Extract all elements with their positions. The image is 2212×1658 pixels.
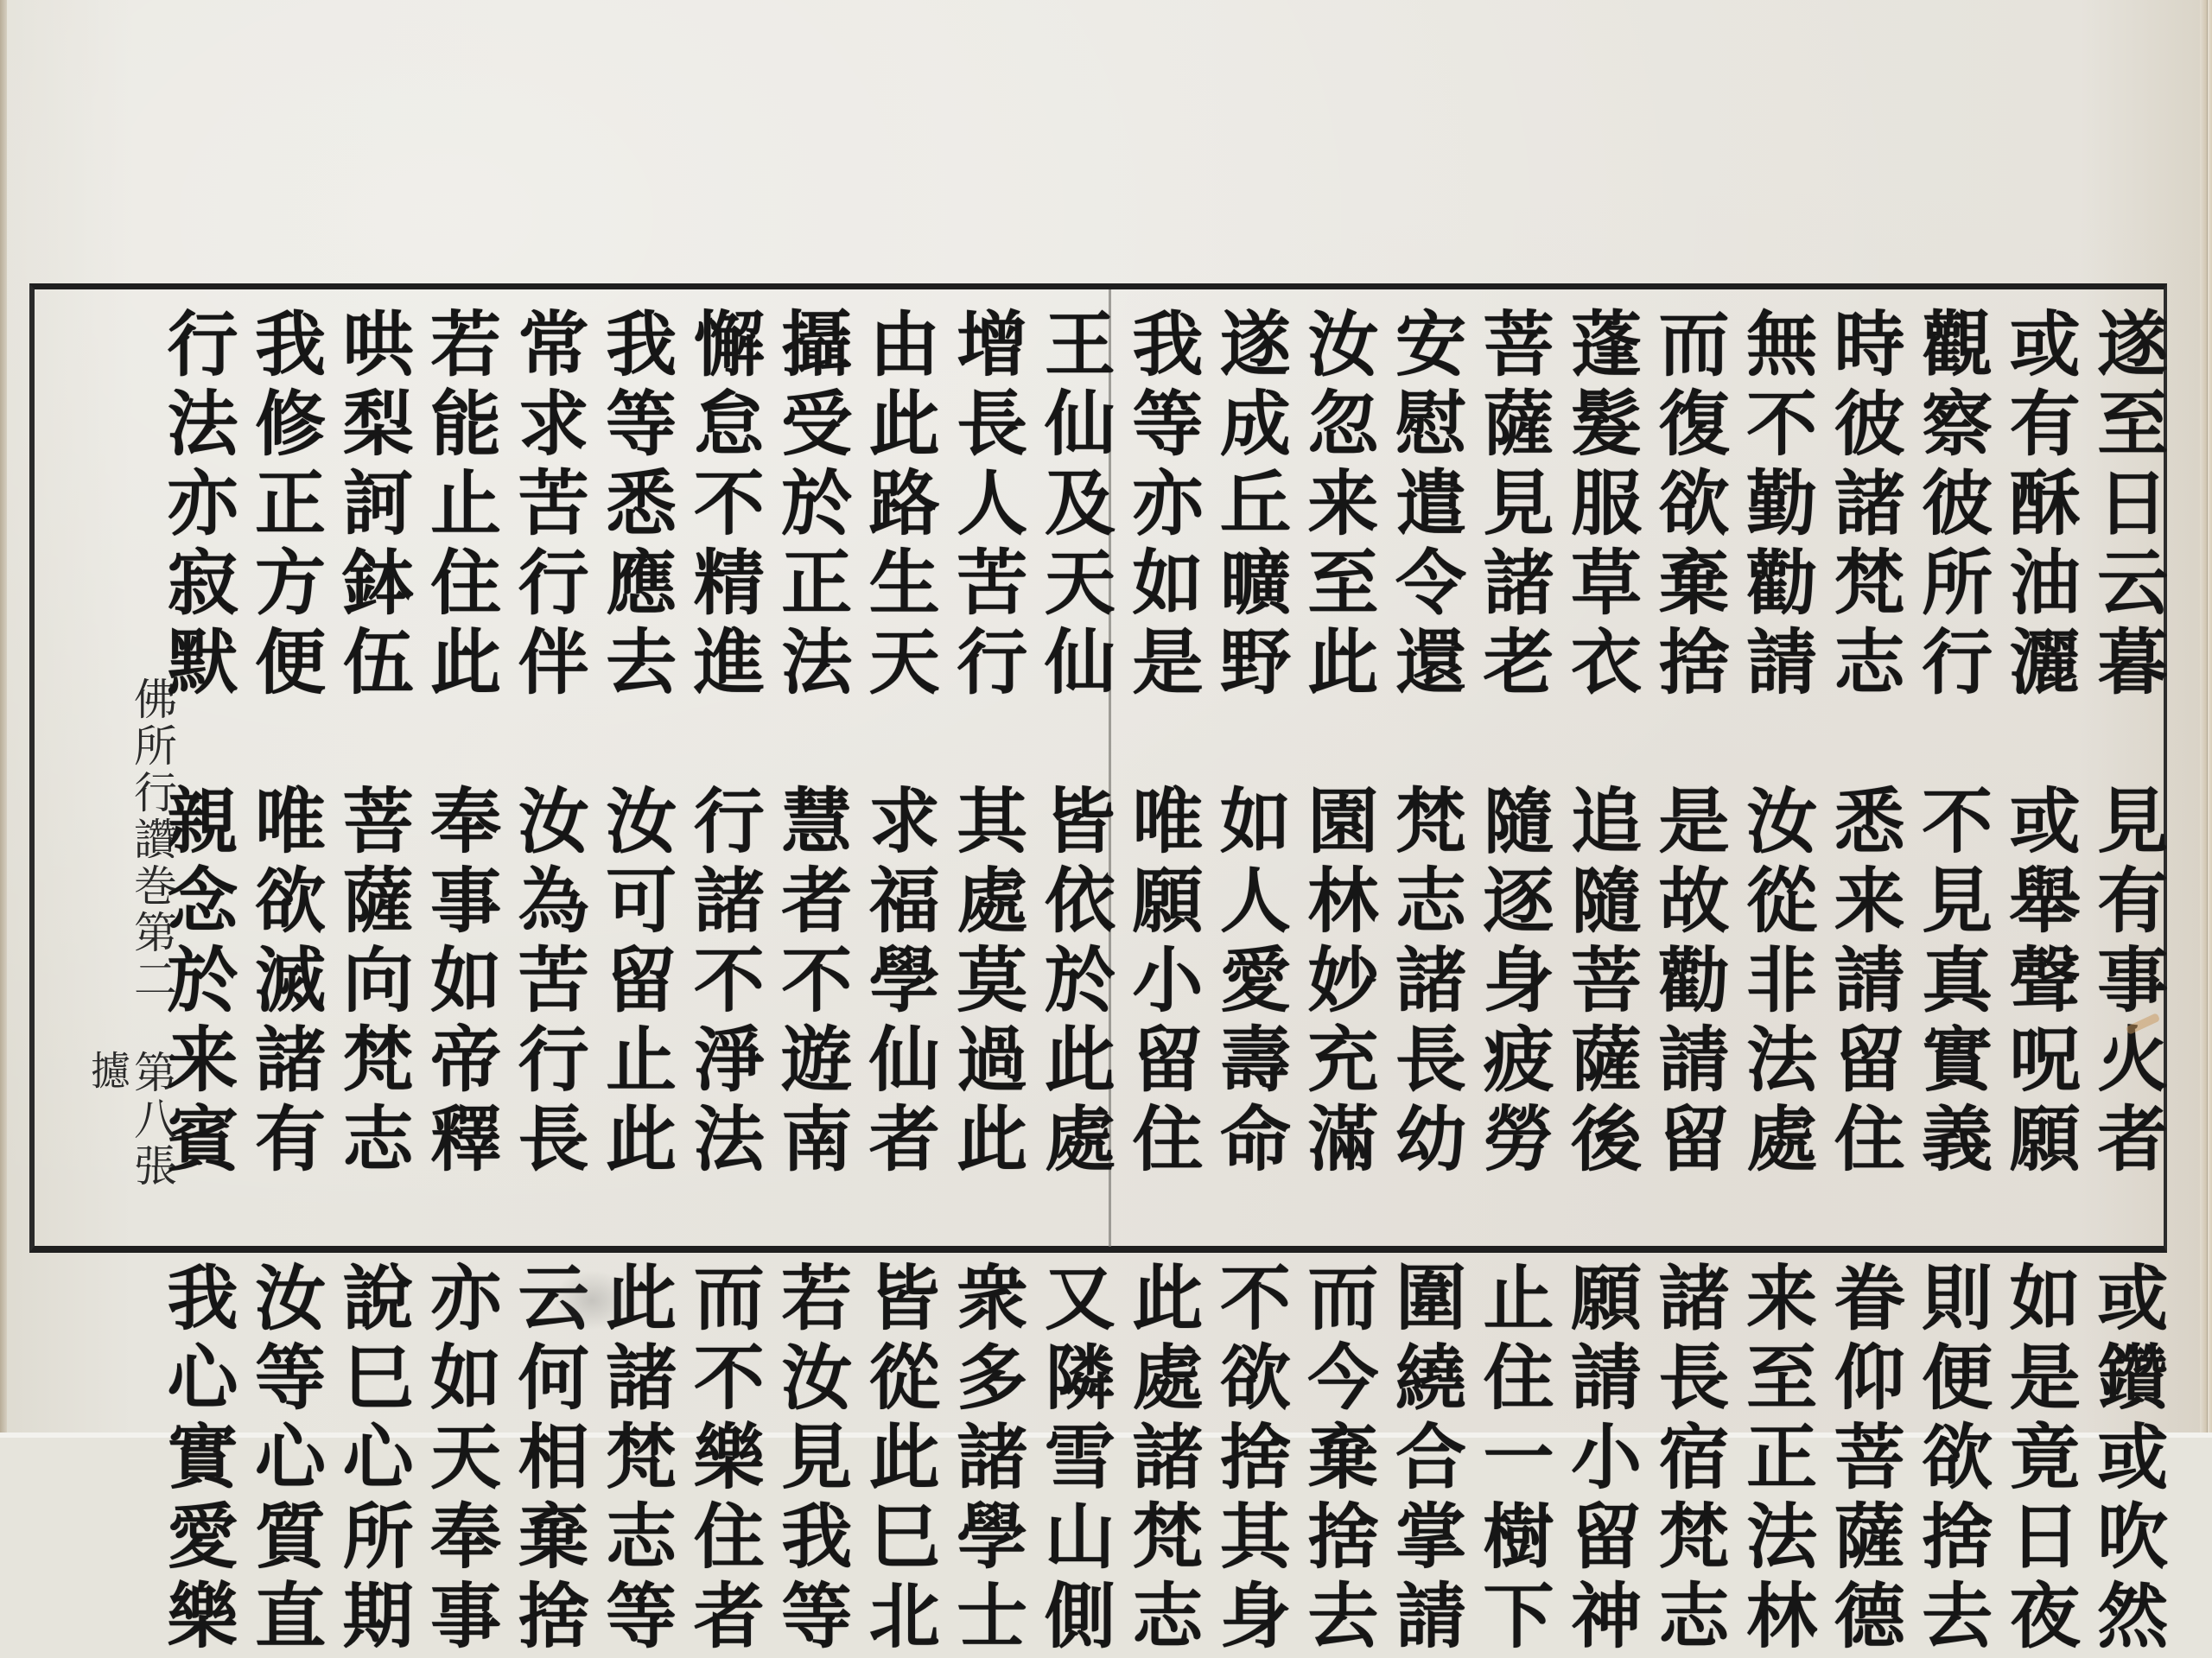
text-column-6: 而復欲棄捨 是故勸請留 諸長宿梵志 — [1647, 307, 1730, 1240]
scanned-page: 佛所行讚巻第二 第八張 攄 遂至日云暮 見有事火者 或鑽或吹然 或有酥油灑 或舉… — [0, 0, 2212, 1438]
page-left-edge — [0, 0, 7, 1438]
text-column-23: 行法亦寂默 親念於来賓 我心實愛樂 — [156, 307, 238, 1240]
ink-smudge — [553, 1270, 631, 1331]
text-column-15: 由此路生天 求福學仙者 皆從此巳北 — [857, 307, 940, 1240]
text-column-8: 菩薩見諸老 隨逐身疲勞 止住一樹下 — [1471, 307, 1554, 1240]
text-column-9: 安慰遣令還 梵志諸長幼 圍繞合掌請 — [1383, 307, 1466, 1240]
text-columns: 遂至日云暮 見有事火者 或鑽或吹然 或有酥油灑 或舉聲呪願 如是竟日夜 觀察彼所… — [156, 307, 2169, 1240]
text-column-4: 時彼諸梵志 悉来請留住 眷仰菩薩德 — [1822, 307, 1905, 1240]
text-column-17: 懈怠不精進 行諸不淨法 而不樂住者 — [682, 307, 765, 1240]
text-column-7: 蓬髮服草衣 追隨菩薩後 願請小留神 — [1560, 307, 1643, 1240]
text-column-5: 無不勤勸請 汝從非法處 来至正法林 — [1735, 307, 1818, 1240]
text-column-1: 遂至日云暮 見有事火者 或鑽或吹然 — [2086, 307, 2169, 1240]
text-column-2: 或有酥油灑 或舉聲呪願 如是竟日夜 — [1998, 307, 2081, 1240]
text-column-10: 汝忽来至此 園林妙充滿 而今棄捨去 — [1296, 307, 1379, 1240]
text-column-11: 遂成丘曠野 如人愛壽命 不欲捨其身 — [1208, 307, 1291, 1240]
text-column-16: 攝受於正法 慧者不遊南 若汝見我等 — [770, 307, 853, 1240]
text-column-14: 增長人苦行 其處莫過此 衆多諸學士 — [945, 307, 1028, 1240]
text-column-19: 常求苦行伴 汝為苦行長 云何相棄捨 — [506, 307, 589, 1240]
text-column-3: 觀察彼所行 不見真實義 則便欲捨去 — [1910, 307, 1993, 1240]
text-column-12: 我等亦如是 唯願小留住 此處諸梵志 — [1121, 307, 1204, 1240]
text-column-18: 我等悉應去 汝可留止此 此諸梵志等 — [594, 307, 677, 1240]
text-column-20: 若能止住此 奉事如帝釋 亦如天奉事 — [419, 307, 502, 1240]
text-column-13: 王仙及天仙 皆依於此處 又隣雪山側 — [1033, 307, 1116, 1240]
margin-carver-mark: 攄 — [79, 1050, 137, 1089]
page-right-edge — [2200, 0, 2212, 1438]
text-column-21: 哄梨訶鉢伍 菩薩向梵志 說巳心所期 — [331, 307, 414, 1240]
text-column-22: 我修正方便 唯欲滅諸有 汝等心質直 — [244, 307, 327, 1240]
